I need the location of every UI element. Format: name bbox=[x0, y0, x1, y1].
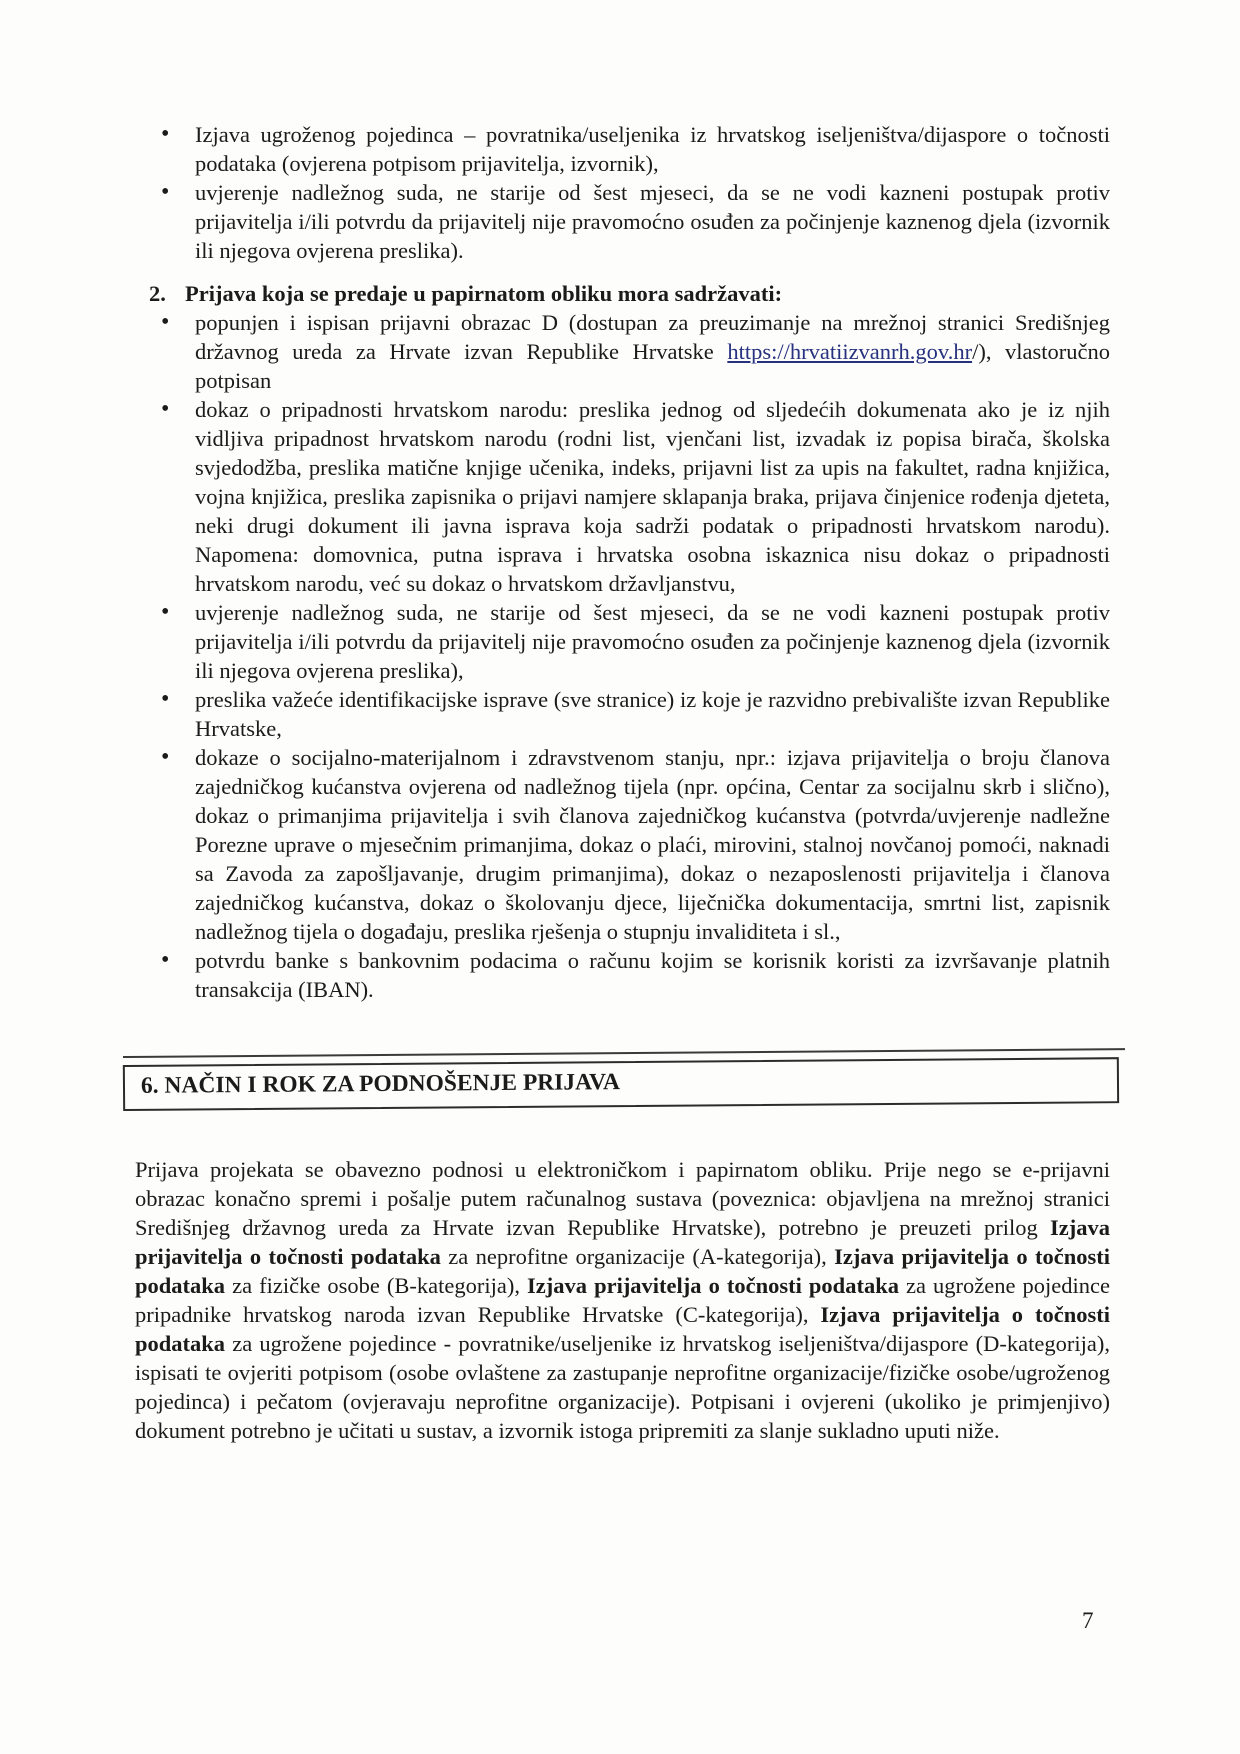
list-item: dokaze o socijalno-materijalnom i zdravs… bbox=[135, 743, 1110, 946]
list-item: uvjerenje nadležnog suda, ne starije od … bbox=[135, 598, 1110, 685]
text-run: dokaz o pripadnosti hrvatskom narodu: pr… bbox=[195, 397, 1110, 596]
section-2-title: Prijava koja se predaje u papirnatom obl… bbox=[185, 281, 782, 306]
list-item: potvrdu banke s bankovnim podacima o rač… bbox=[135, 946, 1110, 1004]
text-run: Prijava projekata se obavezno podnosi u … bbox=[135, 1157, 1110, 1240]
horizontal-rule bbox=[123, 1048, 1125, 1058]
section-6-title: 6. NAČIN I ROK ZA PODNOŠENJE PRIJAVA bbox=[141, 1069, 620, 1099]
hyperlink[interactable]: https://hrvatiizvanrh.gov.hr bbox=[727, 339, 972, 364]
list-item: uvjerenje nadležnog suda, ne starije od … bbox=[135, 178, 1110, 265]
text-run: za neprofitne organizacije (A-kategorija… bbox=[441, 1244, 834, 1269]
text-run: za ugrožene pojedince - povratnike/uselj… bbox=[135, 1331, 1110, 1443]
text-run: uvjerenje nadležnog suda, ne starije od … bbox=[195, 180, 1110, 263]
document-page: Izjava ugroženog pojedinca – povratnika/… bbox=[0, 0, 1240, 1754]
list-item: preslika važeće identifikacijske isprave… bbox=[135, 685, 1110, 743]
text-run: uvjerenje nadležnog suda, ne starije od … bbox=[195, 600, 1110, 683]
list-item: Izjava ugroženog pojedinca – povratnika/… bbox=[135, 120, 1110, 178]
text-run: dokaze o socijalno-materijalnom i zdravs… bbox=[195, 745, 1110, 944]
section-2-number: 2. bbox=[149, 279, 166, 308]
bold-phrase: Izjava prijavitelja o točnosti podataka bbox=[527, 1273, 899, 1298]
section-2-heading: 2. Prijava koja se predaje u papirnatom … bbox=[135, 279, 1110, 308]
intro-bullet-list: Izjava ugroženog pojedinca – povratnika/… bbox=[135, 120, 1110, 265]
page-number: 7 bbox=[1082, 1608, 1094, 1634]
text-run: preslika važeće identifikacijske isprave… bbox=[195, 687, 1110, 741]
list-item: popunjen i ispisan prijavni obrazac D (d… bbox=[135, 308, 1110, 395]
text-run: za fizičke osobe (B-kategorija), bbox=[225, 1273, 527, 1298]
section-2-bullet-list: popunjen i ispisan prijavni obrazac D (d… bbox=[135, 308, 1110, 1004]
body-paragraph: Prijava projekata se obavezno podnosi u … bbox=[135, 1155, 1110, 1445]
text-run: potvrdu banke s bankovnim podacima o rač… bbox=[195, 948, 1110, 1002]
section-6-heading-box: 6. NAČIN I ROK ZA PODNOŠENJE PRIJAVA bbox=[123, 1057, 1119, 1111]
text-run: Izjava ugroženog pojedinca – povratnika/… bbox=[195, 122, 1110, 176]
page-content: Izjava ugroženog pojedinca – povratnika/… bbox=[135, 120, 1110, 1445]
list-item: dokaz o pripadnosti hrvatskom narodu: pr… bbox=[135, 395, 1110, 598]
